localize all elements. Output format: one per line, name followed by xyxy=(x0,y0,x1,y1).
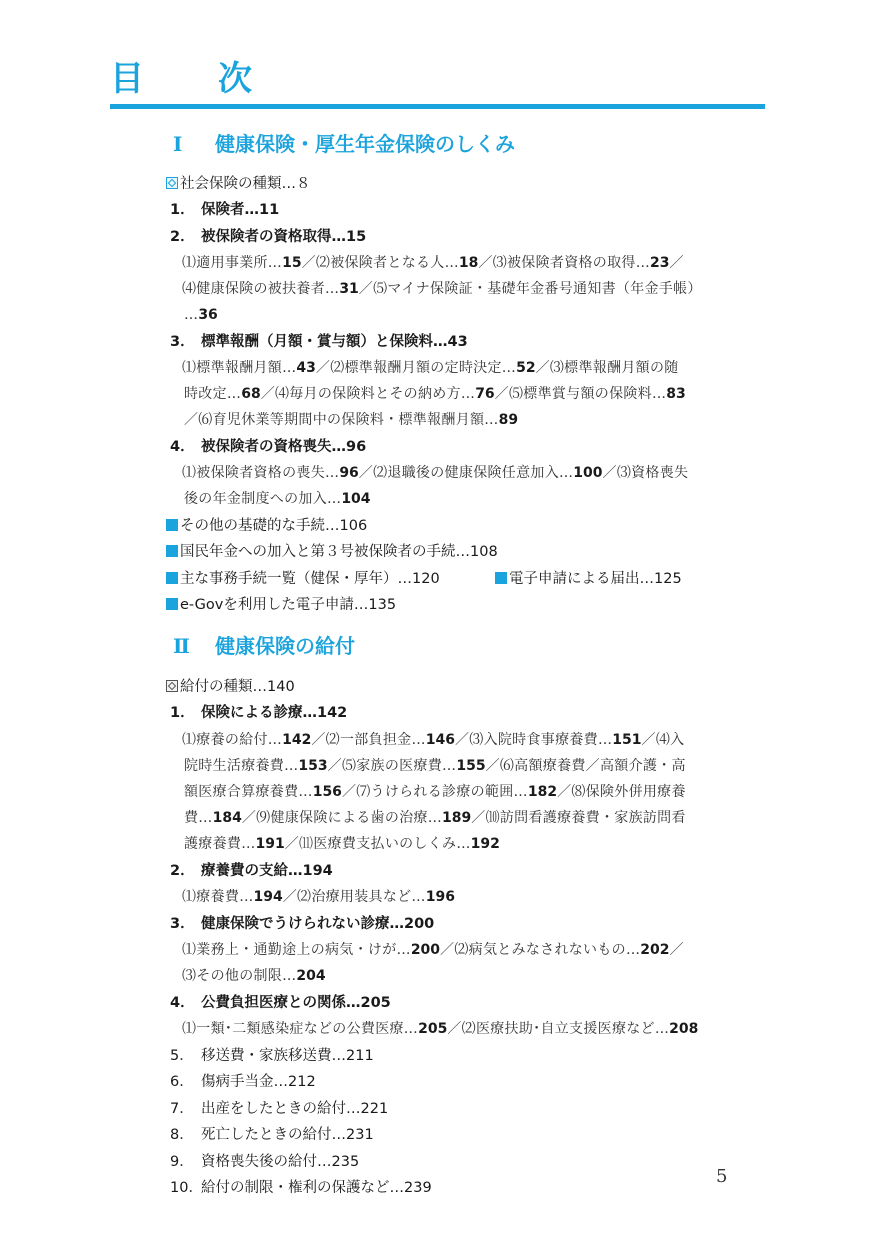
page-title: 目 次 xyxy=(110,58,770,100)
toc-extra-item[interactable]: その他の基礎的な手続…106 xyxy=(166,516,367,536)
toc-extra-item[interactable]: 主な事務手続一覧（健保・厚年）…120 xyxy=(166,569,440,589)
page-number: 5 xyxy=(716,1166,727,1187)
toc-item[interactable]: 5．移送費・家族移送費…211 xyxy=(166,1046,374,1066)
toc-subitems[interactable]: 護療養費…191／⑾医療費支払いのしくみ…192 xyxy=(184,834,500,854)
toc-item[interactable]: 10．給付の制限・権利の保護など…239 xyxy=(166,1178,432,1198)
toc-item[interactable]: 9．資格喪失後の給付…235 xyxy=(166,1152,359,1172)
toc-extra-item[interactable]: 電子申請による届出…125 xyxy=(495,569,682,589)
toc-subitems[interactable]: 時改定…68／⑷毎月の保険料とその納め方…76／⑸標準賞与額の保険料…83 xyxy=(184,384,686,404)
toc-intro-benefit-types[interactable]: 給付の種類…140 xyxy=(166,677,295,697)
title-divider xyxy=(110,104,765,109)
toc-extra-item[interactable]: 国民年金への加入と第３号被保険者の手続…108 xyxy=(166,542,498,562)
toc-subitems[interactable]: ⑴被保険者資格の喪失…96／⑵退職後の健康保険任意加入…100／⑶資格喪失 xyxy=(182,463,688,483)
toc-subitems[interactable]: ⑶その他の制限…204 xyxy=(182,966,326,986)
toc-subitems[interactable]: …36 xyxy=(184,305,218,325)
toc-subitems[interactable]: ⑴療養費…194／⑵治療用装具など…196 xyxy=(182,887,455,907)
section-number: Ⅰ xyxy=(173,130,215,158)
toc-subitems[interactable]: ⑴業務上・通勤途上の病気・けが…200／⑵病気とみなされないもの…202／ xyxy=(182,940,684,960)
toc-subitems[interactable]: ／⑹育児休業等期間中の保険料・標準報酬月額…89 xyxy=(184,410,518,430)
toc-subitems[interactable]: ⑴療養の給付…142／⑵一部負担金…146／⑶入院時食事療養費…151／⑷入 xyxy=(182,730,684,750)
toc-item[interactable]: 4．被保険者の資格喪失…96 xyxy=(166,437,366,457)
toc-item[interactable]: 3．標準報酬（月額・賞与額）と保険料…43 xyxy=(166,332,468,352)
toc-subitems[interactable]: 額医療合算療養費…156／⑺うけられる診療の範囲…182／⑻保険外併用療養 xyxy=(184,782,686,802)
toc-item[interactable]: 2．療養費の支給…194 xyxy=(166,861,333,881)
toc-item[interactable]: 1．保険による診療…142 xyxy=(166,703,347,723)
square-bullet-icon xyxy=(166,598,178,610)
toc-subitems[interactable]: 院時生活療養費…153／⑸家族の医療費…155／⑹高額療養費／高額介護・高 xyxy=(184,756,686,776)
toc-item[interactable]: 6．傷病手当金…212 xyxy=(166,1072,316,1092)
section-heading-1[interactable]: Ⅰ健康保険・厚生年金保険のしくみ xyxy=(173,130,515,158)
title-char-1: 目 xyxy=(110,58,144,100)
toc-item[interactable]: 3．健康保険でうけられない診療…200 xyxy=(166,914,434,934)
toc-subitems[interactable]: 費…184／⑼健康保険による歯の治療…189／⑽訪問看護療養費・家族訪問看 xyxy=(184,808,686,828)
toc-item[interactable]: 4．公費負担医療との関係…205 xyxy=(166,993,391,1013)
toc-item[interactable]: 8．死亡したときの給付…231 xyxy=(166,1125,374,1145)
square-bullet-icon xyxy=(166,545,178,557)
toc-item[interactable]: 1．保険者…11 xyxy=(166,200,279,220)
toc-subitems[interactable]: ⑴適用事業所…15／⑵被保険者となる人…18／⑶被保険者資格の取得…23／ xyxy=(182,253,684,273)
toc-extra-item[interactable]: e-Govを利用した電子申請…135 xyxy=(166,595,396,615)
section-number: Ⅱ xyxy=(173,632,215,660)
toc-intro-social-insurance[interactable]: 社会保険の種類…８ xyxy=(166,174,311,194)
diamond-bullet-icon xyxy=(166,177,178,189)
square-bullet-icon xyxy=(166,572,178,584)
title-char-2: 次 xyxy=(218,58,252,100)
square-bullet-icon xyxy=(166,519,178,531)
toc-item[interactable]: 7．出産をしたときの給付…221 xyxy=(166,1099,388,1119)
toc-item[interactable]: 2．被保険者の資格取得…15 xyxy=(166,227,366,247)
toc-subitems[interactable]: ⑴一類･二類感染症などの公費医療…205／⑵医療扶助･自立支援医療など…208 xyxy=(182,1019,698,1039)
toc-subitems[interactable]: ⑴標準報酬月額…43／⑵標準報酬月額の定時決定…52／⑶標準報酬月額の随 xyxy=(182,358,679,378)
section-title: 健康保険・厚生年金保険のしくみ xyxy=(215,132,515,156)
section-heading-2[interactable]: Ⅱ健康保険の給付 xyxy=(173,632,355,660)
diamond-bullet-icon xyxy=(166,680,178,692)
square-bullet-icon xyxy=(495,572,507,584)
toc-subitems[interactable]: ⑷健康保険の被扶養者…31／⑸マイナ保険証・基礎年金番号通知書（年金手帳） xyxy=(182,279,702,299)
section-title: 健康保険の給付 xyxy=(215,634,355,658)
toc-subitems[interactable]: 後の年金制度への加入…104 xyxy=(184,489,371,509)
